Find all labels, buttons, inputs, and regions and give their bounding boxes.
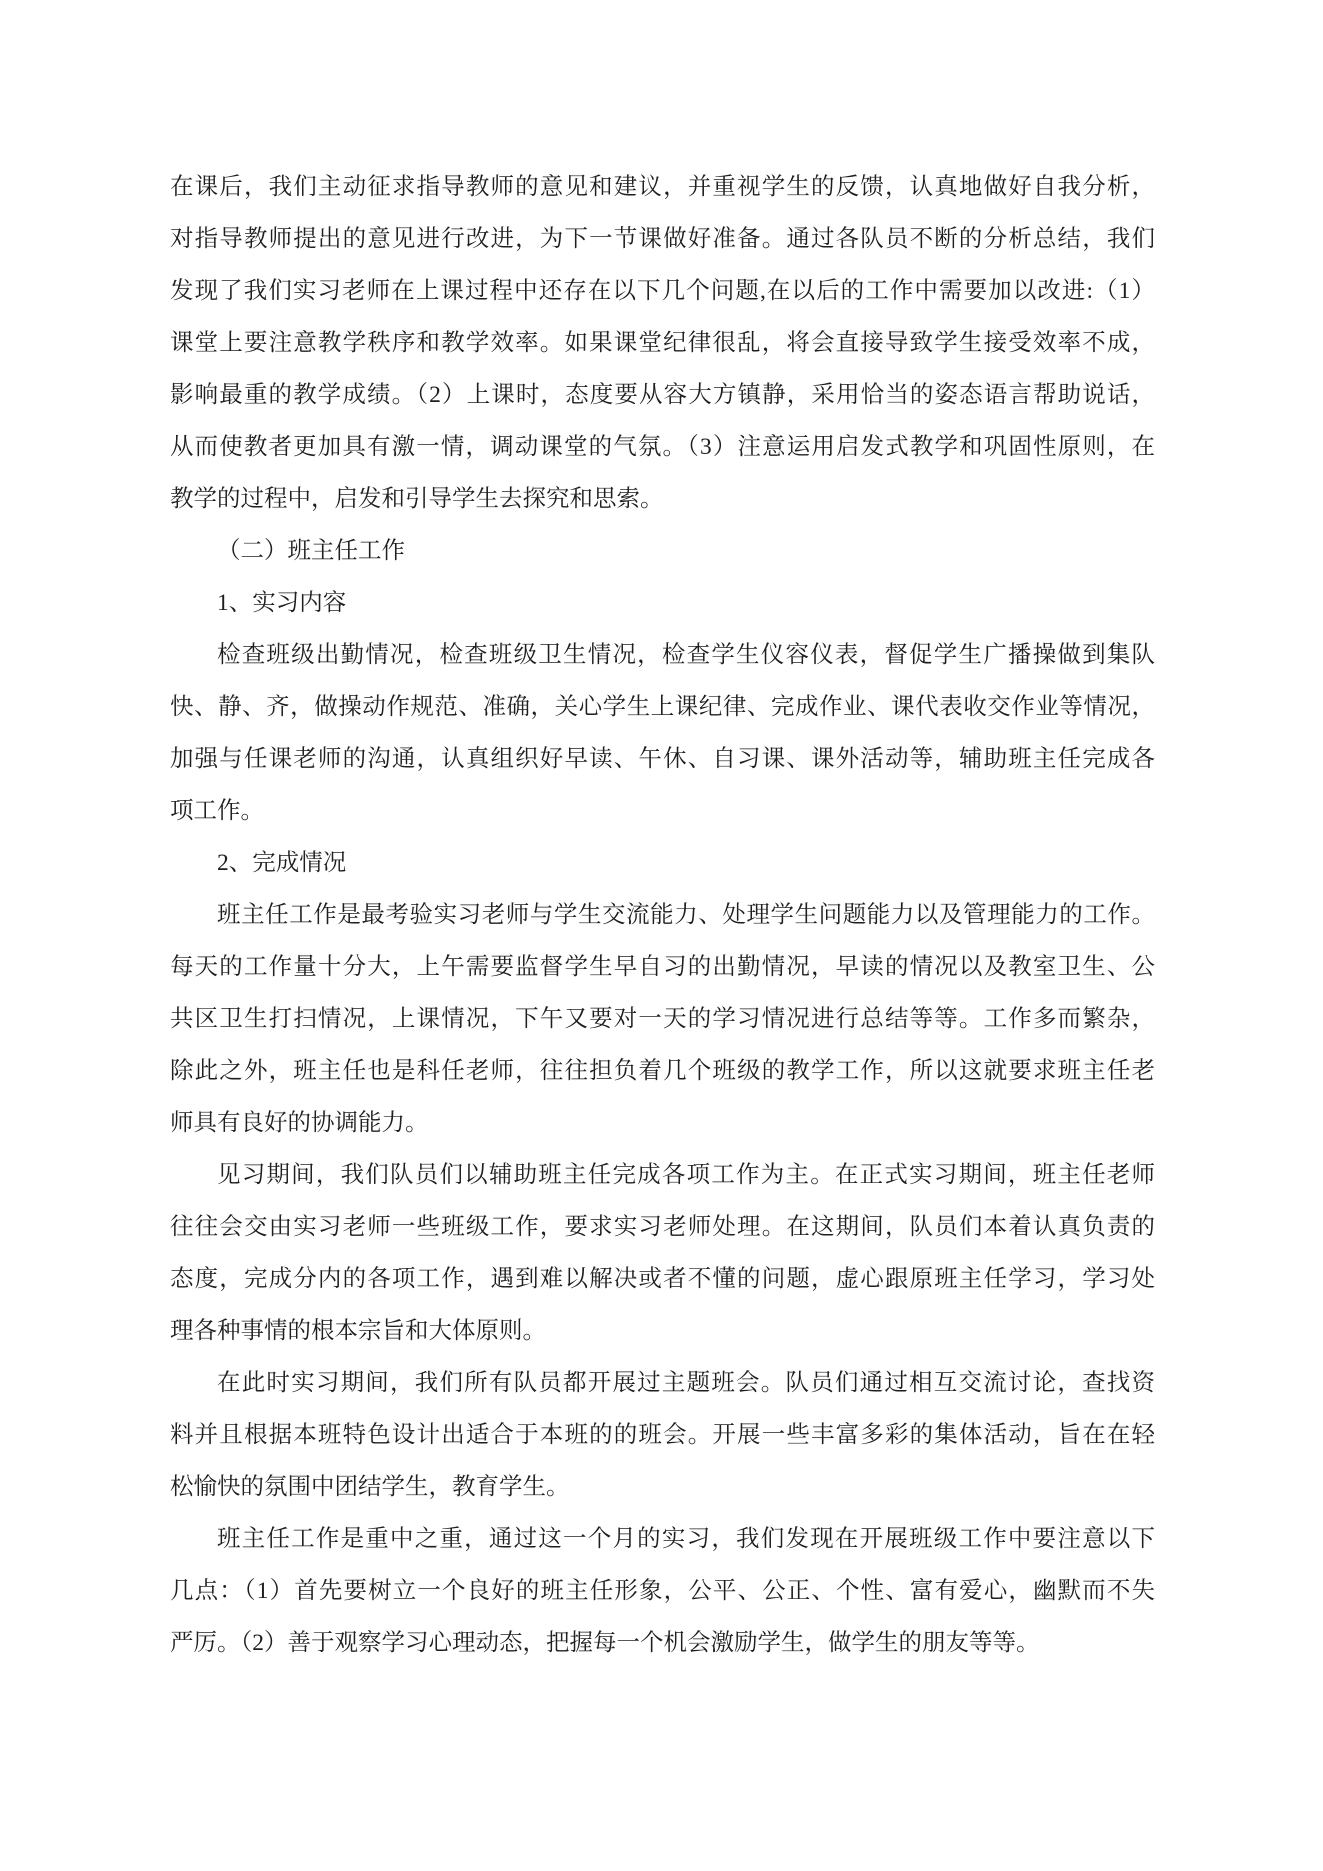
document-body: 在课后，我们主动征求指导教师的意见和建议，并重视学生的反馈，认真地做好自我分析，… <box>170 161 1155 1669</box>
text-line: 教学的过程中，启发和引导学生去探究和思索。 <box>170 473 1155 525</box>
text-line: 检查班级出勤情况，检查班级卫生情况，检查学生仪容仪表，督促学生广播操做到集队 <box>170 629 1155 681</box>
text-line: 松愉快的氛围中团结学生，教育学生。 <box>170 1461 1155 1513</box>
text-line: 几点：（1）首先要树立一个良好的班主任形象，公平、公正、个性、富有爱心，幽默而不… <box>170 1565 1155 1617</box>
text-line: 料并且根据本班特色设计出适合于本班的的班会。开展一些丰富多彩的集体活动，旨在在轻 <box>170 1409 1155 1461</box>
text-line: 师具有良好的协调能力。 <box>170 1097 1155 1149</box>
text-line: 共区卫生打扫情况，上课情况，下午又要对一天的学习情况进行总结等等。工作多而繁杂， <box>170 993 1155 1045</box>
text-line: 态度，完成分内的各项工作，遇到难以解决或者不懂的问题，虚心跟原班主任学习，学习处 <box>170 1253 1155 1305</box>
heading-internship-content: 1、实习内容 <box>170 577 1155 629</box>
text-line: 严厉。（2）善于观察学习心理动态，把握每一个机会激励学生，做学生的朋友等等。 <box>170 1617 1155 1669</box>
text-line: 加强与任课老师的沟通，认真组织好早读、午休、自习课、课外活动等，辅助班主任完成各 <box>170 733 1155 785</box>
text-line: 班主任工作是重中之重，通过这一个月的实习，我们发现在开展班级工作中要注意以下 <box>170 1513 1155 1565</box>
text-line: 见习期间，我们队员们以辅助班主任完成各项工作为主。在正式实习期间，班主任老师 <box>170 1149 1155 1201</box>
text-line: 2、完成情况 <box>170 837 1155 889</box>
text-line: 理各种事情的根本宗旨和大体原则。 <box>170 1305 1155 1357</box>
text-line: （二）班主任工作 <box>170 525 1155 577</box>
text-line: 班主任工作是最考验实习老师与学生交流能力、处理学生问题能力以及管理能力的工作。 <box>170 889 1155 941</box>
paragraph-internship-content: 检查班级出勤情况，检查班级卫生情况，检查学生仪容仪表，督促学生广播操做到集队快、… <box>170 629 1155 837</box>
text-line: 往往会交由实习老师一些班级工作，要求实习老师处理。在这期间，队员们本着认真负责的 <box>170 1201 1155 1253</box>
text-line: 每天的工作量十分大，上午需要监督学生早自习的出勤情况，早读的情况以及教室卫生、公 <box>170 941 1155 993</box>
text-line: 除此之外，班主任也是科任老师，往往担负着几个班级的教学工作，所以这就要求班主任老 <box>170 1045 1155 1097</box>
heading-class-teacher-work: （二）班主任工作 <box>170 525 1155 577</box>
text-line: 课堂上要注意教学秩序和教学效率。如果课堂纪律很乱，将会直接导致学生接受效率不成， <box>170 317 1155 369</box>
paragraph-assisting-class-teacher: 见习期间，我们队员们以辅助班主任完成各项工作为主。在正式实习期间，班主任老师往往… <box>170 1149 1155 1357</box>
text-line: 快、静、齐，做操动作规范、准确，关心学生上课纪律、完成作业、课代表收交作业等情况… <box>170 681 1155 733</box>
paragraph-theme-class-meeting: 在此时实习期间，我们所有队员都开展过主题班会。队员们通过相互交流讨论，查找资料并… <box>170 1357 1155 1513</box>
paragraph-completion-workload: 班主任工作是最考验实习老师与学生交流能力、处理学生问题能力以及管理能力的工作。每… <box>170 889 1155 1149</box>
paragraph-class-teacher-summary: 班主任工作是重中之重，通过这一个月的实习，我们发现在开展班级工作中要注意以下几点… <box>170 1513 1155 1669</box>
text-line: 发现了我们实习老师在上课过程中还存在以下几个问题,在以后的工作中需要加以改进:（… <box>170 265 1155 317</box>
text-line: 对指导教师提出的意见进行改进，为下一节课做好准备。通过各队员不断的分析总结，我们 <box>170 213 1155 265</box>
text-line: 1、实习内容 <box>170 577 1155 629</box>
text-line: 影响最重的教学成绩。（2）上课时，态度要从容大方镇静，采用恰当的姿态语言帮助说话… <box>170 369 1155 421</box>
text-line: 项工作。 <box>170 785 1155 837</box>
text-line: 在此时实习期间，我们所有队员都开展过主题班会。队员们通过相互交流讨论，查找资 <box>170 1357 1155 1409</box>
paragraph-teaching-reflection: 在课后，我们主动征求指导教师的意见和建议，并重视学生的反馈，认真地做好自我分析，… <box>170 161 1155 525</box>
text-line: 从而使教者更加具有激一情，调动课堂的气氛。（3）注意运用启发式教学和巩固性原则，… <box>170 421 1155 473</box>
heading-completion-status: 2、完成情况 <box>170 837 1155 889</box>
text-line: 在课后，我们主动征求指导教师的意见和建议，并重视学生的反馈，认真地做好自我分析， <box>170 161 1155 213</box>
